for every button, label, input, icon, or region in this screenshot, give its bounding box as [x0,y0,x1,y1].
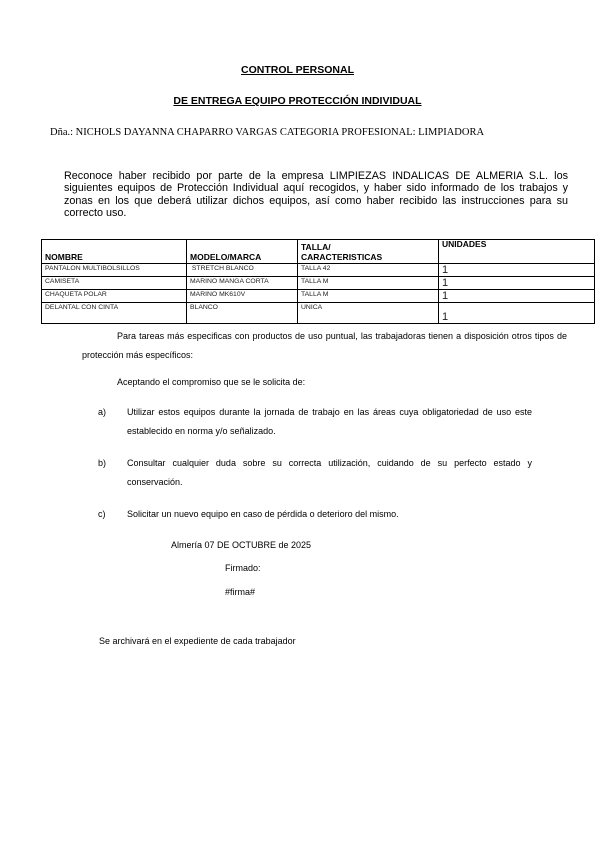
cell-nombre: CHAQUETA POLAR [42,290,187,303]
cell-talla: UNICA [298,303,439,324]
cell-nombre: CAMISETA [42,277,187,290]
cell-unidades: 1 [439,277,595,290]
cell-modelo: MARINO MANGA CORTA [187,277,298,290]
document-subtitle: DE ENTREGA EQUIPO PROTECCIÓN INDIVIDUAL [0,95,595,107]
cell-modelo: STRETCH BLANCO [187,264,298,277]
cell-unidades: 1 [439,290,595,303]
archive-note: Se archivará en el expediente de cada tr… [99,636,296,646]
commitment-b: Consultar cualquier duda sobre su correc… [127,454,532,492]
cell-unidades: 1 [439,303,595,324]
cell-modelo: MARINO MK610V [187,290,298,303]
cell-talla: TALLA M [298,277,439,290]
header-modelo: MODELO/MARCA [187,240,298,264]
commitment-letter-c: c) [98,509,106,519]
employee-line: Dña.: NICHOLS DAYANNA CHAPARRO VARGAS CA… [50,127,484,138]
signed-label: Firmado: [225,563,261,573]
specific-tasks-paragraph: Para tareas más especificas con producto… [82,327,567,365]
header-nombre: NOMBRE [42,240,187,264]
cell-talla: TALLA 42 [298,264,439,277]
place-date: Almería 07 DE OCTUBRE de 2025 [171,540,311,550]
commitment-c: Solicitar un nuevo equipo en caso de pér… [127,505,532,524]
cell-unidades: 1 [439,264,595,277]
commitment-letter-b: b) [98,458,106,468]
ppe-table: NOMBRE MODELO/MARCA TALLA/CARACTERISTICA… [41,239,595,324]
cell-nombre: DELANTAL CON CINTA [42,303,187,324]
document-title: CONTROL PERSONAL [0,64,595,76]
cell-modelo: BLANCO [187,303,298,324]
cell-talla: TALLA M [298,290,439,303]
commitment-letter-a: a) [98,407,106,417]
table-row: CHAQUETA POLAR MARINO MK610V TALLA M 1 [42,290,595,303]
commitment-intro: Aceptando el compromiso que se le solici… [117,377,305,387]
table-row: PANTALON MULTIBOLSILLOS STRETCH BLANCO T… [42,264,595,277]
table-row: DELANTAL CON CINTA BLANCO UNICA 1 [42,303,595,324]
table-row: CAMISETA MARINO MANGA CORTA TALLA M 1 [42,277,595,290]
table-header-row: NOMBRE MODELO/MARCA TALLA/CARACTERISTICA… [42,240,595,264]
intro-paragraph: Reconoce haber recibido por parte de la … [64,170,568,220]
header-unidades: UNIDADES [439,240,595,264]
commitment-a: Utilizar estos equipos durante la jornad… [127,403,532,441]
signature-placeholder: #firma# [225,587,255,597]
header-talla: TALLA/CARACTERISTICAS [298,240,439,264]
header-talla-line2: CARACTERISTICAS [301,252,382,262]
cell-nombre: PANTALON MULTIBOLSILLOS [42,264,187,277]
